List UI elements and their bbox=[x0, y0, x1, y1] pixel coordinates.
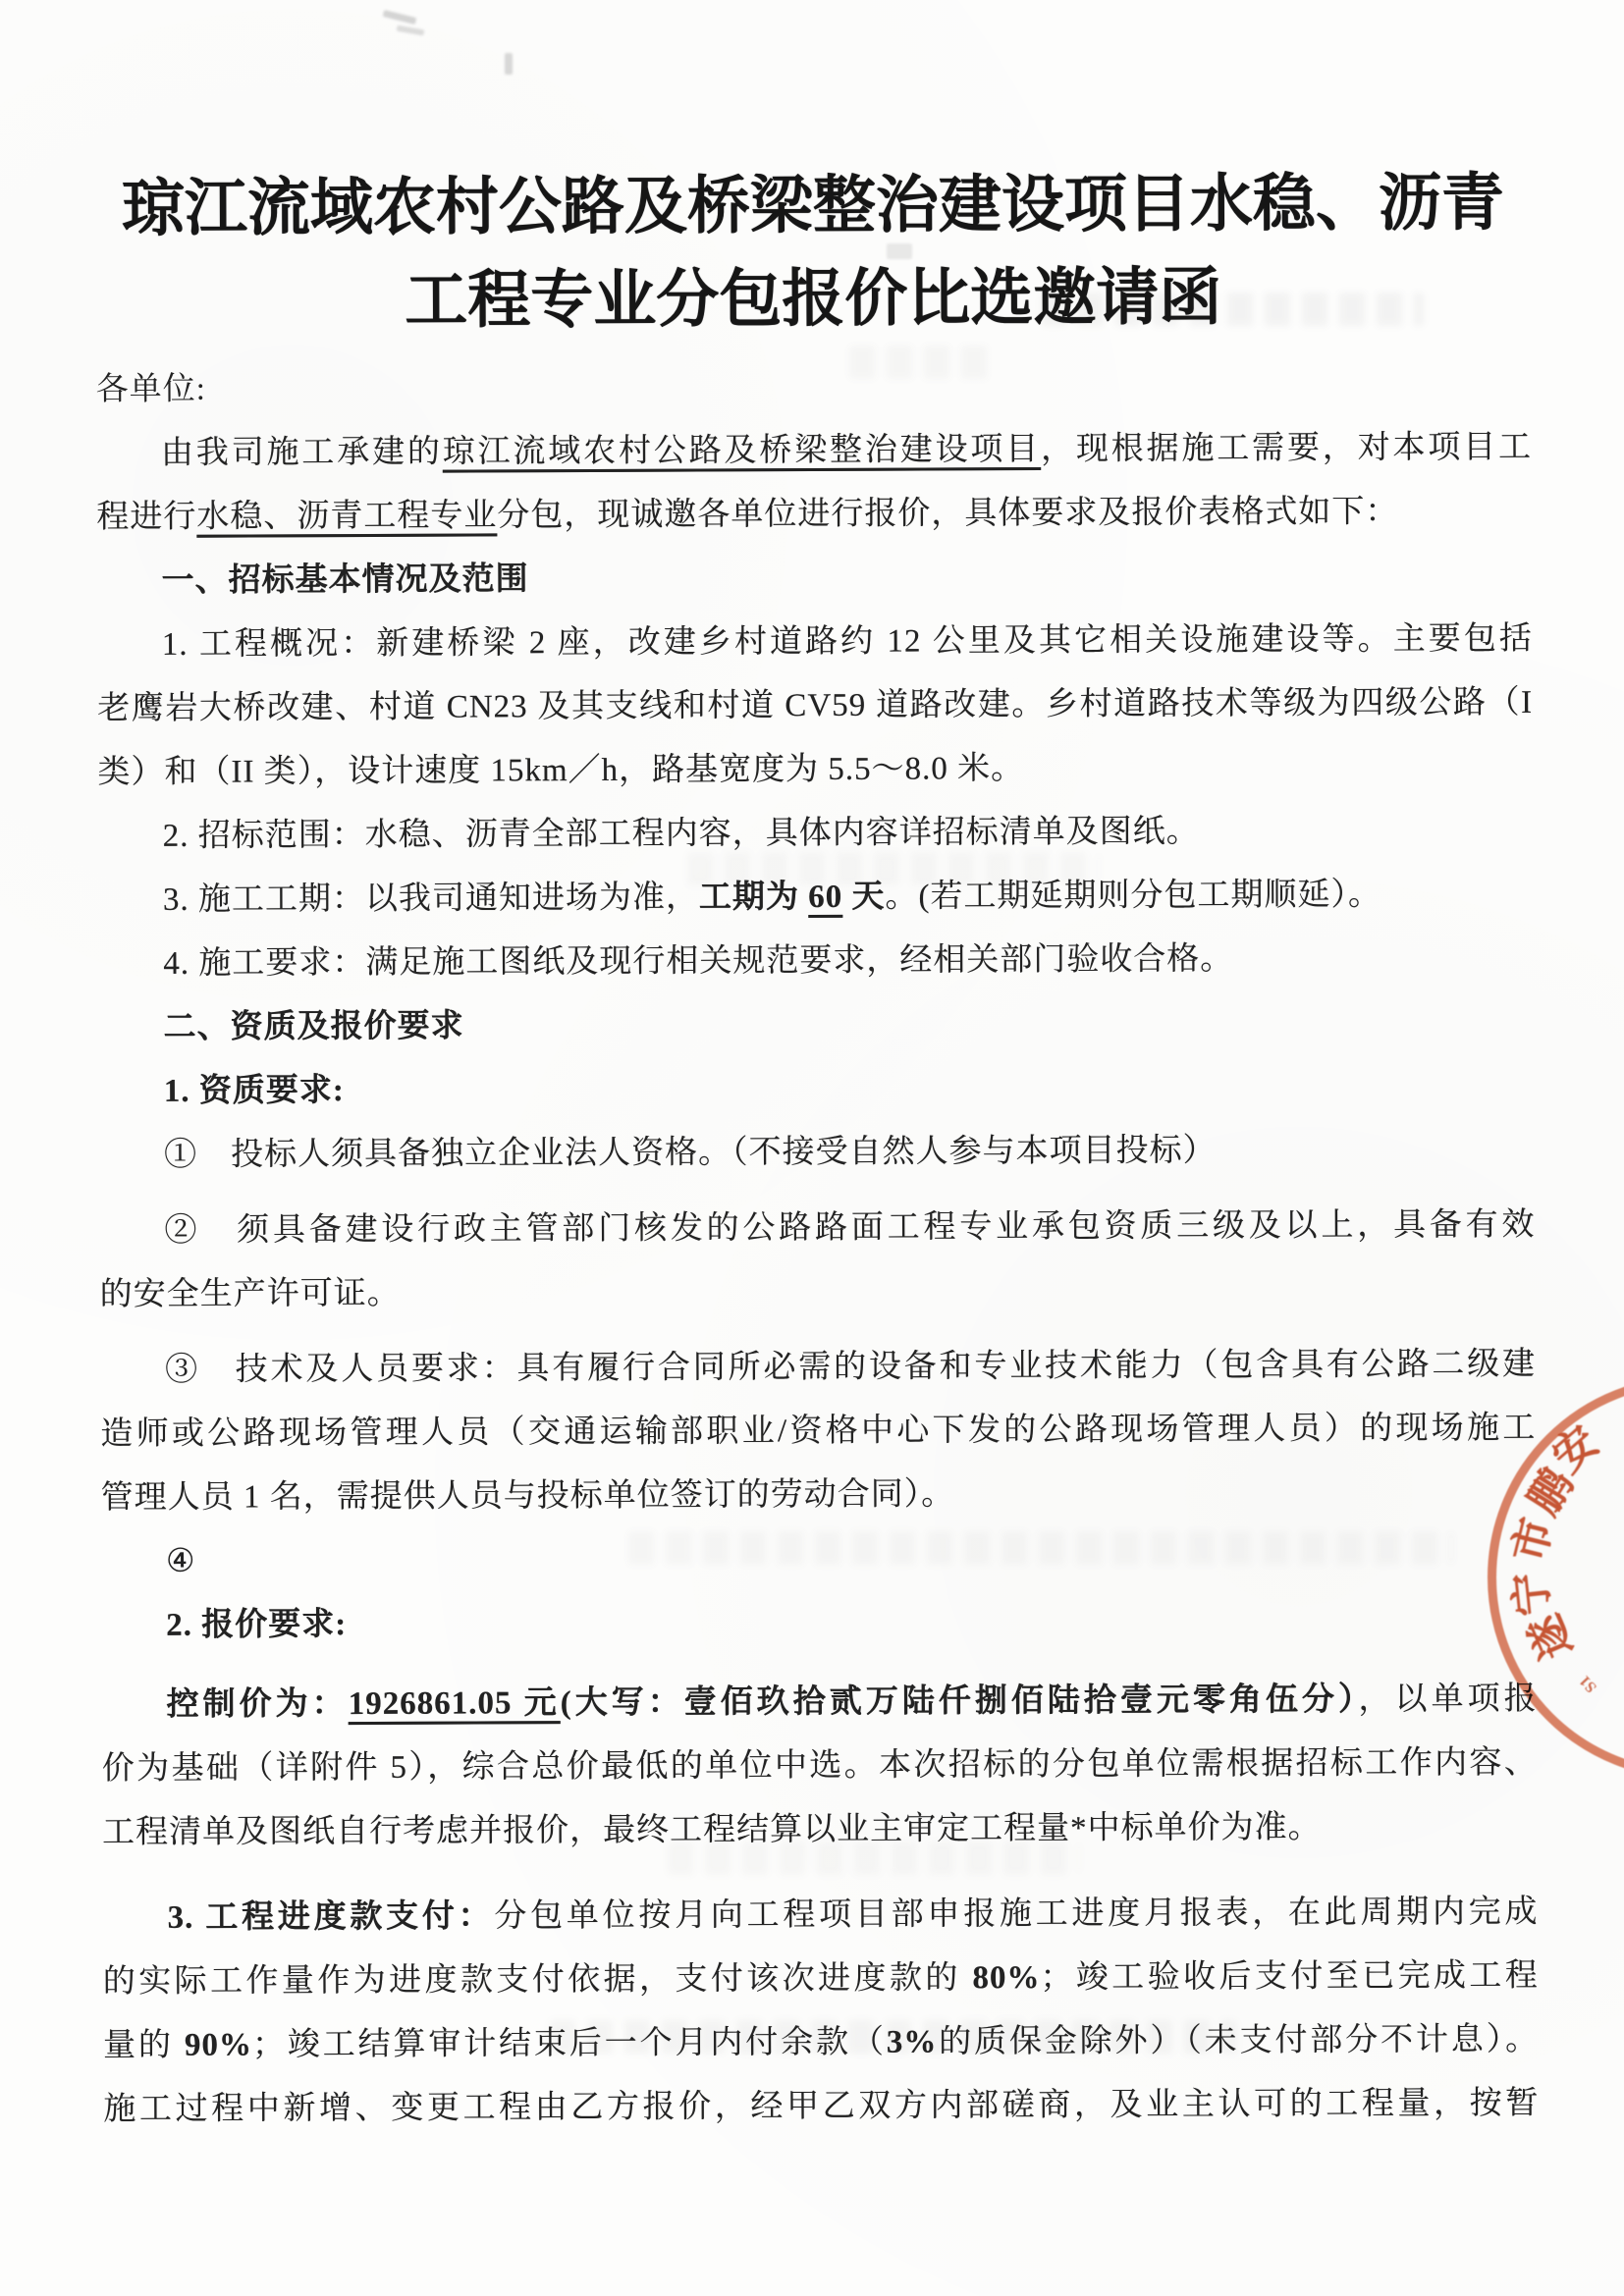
text-run: 1. 工程概况：新建桥梁 2 座，改建乡村道路约 12 公里及其它相关设施建设等… bbox=[162, 621, 1533, 663]
text-run: 的质保金除外）（未支付部分不计息）。 bbox=[937, 2022, 1539, 2060]
text-line: 2. 招标范围：水稳、沥青全部工程内容，具体内容详招标清单及图纸。 bbox=[98, 799, 1534, 869]
text-line: 二、资质及报价要求 bbox=[98, 990, 1534, 1060]
paragraph-qualification-item-4: ④ bbox=[101, 1524, 1537, 1594]
text-run: (大写：壹佰玖拾贰万陆仟捌佰陆拾壹元零角伍分） bbox=[561, 1682, 1359, 1722]
text-run: 1. 资质要求: bbox=[164, 1073, 345, 1109]
text-run: 水稳、沥青工程专业 bbox=[196, 498, 497, 534]
text-run: 4. 施工要求：满足施工图纸及现行相关规范要求，经相关部门验收合格。 bbox=[163, 941, 1233, 982]
text-run: 分包单位按月向工程项目部申报施工进度月报表，在此周期内完成 bbox=[494, 1895, 1538, 1935]
paragraph-item-bid-scope: 2. 招标范围：水稳、沥青全部工程内容，具体内容详招标清单及图纸。 bbox=[98, 799, 1534, 869]
text-run: 由我司施工承建的 bbox=[161, 435, 443, 471]
paragraph-item-construction-requirements: 4. 施工要求：满足施工图纸及现行相关规范要求，经相关部门验收合格。 bbox=[98, 927, 1534, 996]
text-line: 程进行水稳、沥青工程专业分包，现诚邀各单位进行报价，具体要求及报价表格式如下： bbox=[96, 480, 1532, 550]
text-run: 的实际工作量作为进度款支付依据，支付该次进度款的 bbox=[103, 1960, 973, 2000]
title-line-2: 工程专业分包报价比选邀请函 bbox=[405, 262, 1221, 336]
seal-character: 宁 bbox=[1507, 1569, 1559, 1621]
text-run: ① 投标人须具备独立企业法人资格。（不接受自然人参与本项目投标） bbox=[164, 1133, 1217, 1173]
text-line: 3. 施工工期：以我司通知进场为准，工期为 60 天。(若工期延期则分包工期顺延… bbox=[98, 863, 1534, 933]
text-run: 2. 招标范围：水稳、沥青全部工程内容，具体内容详招标清单及图纸。 bbox=[163, 814, 1200, 854]
text-run: 2. 报价要求: bbox=[166, 1607, 347, 1643]
text-run: 类）和（II 类），设计速度 15km／h，路基宽度为 5.5～8.0 米。 bbox=[97, 751, 1024, 790]
paragraph-intro: 由我司施工承建的琼江流域农村公路及桥梁整治建设项目，现根据施工需要，对本项目工程… bbox=[96, 416, 1533, 550]
text-line: ④ bbox=[101, 1524, 1537, 1594]
text-run: 分包，现诚邀各单位进行报价，具体要求及报价表格式如下： bbox=[497, 494, 1398, 533]
text-run: 老鹰岩大桥改建、村道 CN23 及其支线和村道 CV59 道路改建。乡村道路技术… bbox=[97, 685, 1533, 726]
text-run: 程进行 bbox=[96, 500, 196, 535]
text-run: 施工过程中新增、变更工程由乙方报价，经甲乙双方内部磋商，及业主认可的工程量，按暂 bbox=[103, 2086, 1539, 2127]
paragraph-qualification-item-2: ② 须具备建设行政主管部门核发的公路路面工程专业承包资质三级及以上，具备有效的安… bbox=[99, 1194, 1536, 1327]
text-line: 1. 工程概况：新建桥梁 2 座，改建乡村道路约 12 公里及其它相关设施建设等… bbox=[97, 608, 1533, 677]
text-line: 造师或公路现场管理人员（交通运输部职业/资格中心下发的公路现场管理人员）的现场施… bbox=[100, 1397, 1536, 1467]
text-line: 价为基础（详附件 5），综合总价最低的单位中选。本次招标的分包单位需根据招标工作… bbox=[102, 1732, 1538, 1801]
text-line: 3. 工程进度款支付：分包单位按月向工程项目部申报施工进度月报表，在此周期内完成 bbox=[102, 1881, 1538, 1950]
text-run: 3. 施工工期：以我司通知进场为准， bbox=[163, 881, 699, 918]
text-run: 天 bbox=[842, 880, 885, 915]
text-run: 80% bbox=[972, 1960, 1040, 1996]
text-line: ③ 技术及人员要求：具有履行合同所必需的设备和专业技术能力（包含具有公路二级建 bbox=[100, 1333, 1536, 1403]
text-run: 工期为 bbox=[699, 880, 808, 915]
text-run: 。(若工期延期则分包工期顺延）。 bbox=[885, 877, 1381, 914]
text-run: 价为基础（详附件 5），综合总价最低的单位中选。本次招标的分包单位需根据招标工作… bbox=[102, 1745, 1538, 1787]
document-content: 琼江流域农村公路及桥梁整治建设项目水稳、沥青 工程专业分包报价比选邀请函 各单位… bbox=[94, 0, 1539, 2142]
text-line: 的安全生产许可证。 bbox=[100, 1257, 1536, 1327]
paragraph-heading-section-1: 一、招标基本情况及范围 bbox=[96, 544, 1532, 614]
text-line: 管理人员 1 名，需提供人员与投标单位签订的劳动合同）。 bbox=[101, 1461, 1537, 1530]
text-line: 类）和（II 类），设计速度 15km／h，路基宽度为 5.5～8.0 米。 bbox=[97, 735, 1533, 805]
paragraph-qualification-item-3: ③ 技术及人员要求：具有履行合同所必需的设备和专业技术能力（包含具有公路二级建造… bbox=[100, 1333, 1537, 1530]
text-run: ，现根据施工需要，对本项目工 bbox=[1041, 430, 1532, 467]
paragraph-item-project-overview: 1. 工程概况：新建桥梁 2 座，改建乡村道路约 12 公里及其它相关设施建设等… bbox=[97, 608, 1534, 805]
text-line: 2. 报价要求: bbox=[101, 1588, 1537, 1658]
text-run: ② 须具备建设行政主管部门核发的公路路面工程专业承包资质三级及以上，具备有效 bbox=[164, 1207, 1535, 1249]
text-run: 90% bbox=[185, 2028, 252, 2063]
text-line: 工程清单及图纸自行考虑并报价，最终工程结算以业主审定工程量*中标单价为准。 bbox=[102, 1795, 1538, 1865]
text-run: ④ bbox=[166, 1544, 196, 1579]
text-run: 60 bbox=[808, 880, 842, 915]
text-run: ；竣工结算审计结束后一个月内付余款（ bbox=[252, 2025, 887, 2063]
text-line: 一、招标基本情况及范围 bbox=[96, 544, 1532, 614]
text-line: 控制价为：1926861.05 元(大写：壹佰玖拾贰万陆仟捌佰陆拾壹元零角伍分）… bbox=[101, 1668, 1537, 1737]
text-line: 老鹰岩大桥改建、村道 CN23 及其支线和村道 CV59 道路改建。乡村道路技术… bbox=[97, 671, 1533, 741]
text-line: 1. 资质要求: bbox=[99, 1054, 1535, 1124]
text-run: 控制价为： bbox=[166, 1686, 348, 1723]
paragraph-heading-section-2: 二、资质及报价要求 bbox=[98, 990, 1534, 1060]
text-run: 1926861.05 元 bbox=[349, 1685, 561, 1722]
text-run: ；竣工验收后支付至已完成工程 bbox=[1040, 1958, 1539, 1996]
text-run: 造师或公路现场管理人员（交通运输部职业/资格中心下发的公路现场管理人员）的现场施… bbox=[100, 1411, 1536, 1452]
text-line: 施工过程中新增、变更工程由乙方报价，经甲乙双方内部磋商，及业主认可的工程量，按暂 bbox=[103, 2072, 1539, 2142]
company-seal-stamp: 遂宁市鹏安 S1 bbox=[1488, 1376, 1624, 1779]
text-run: 管理人员 1 名，需提供人员与投标单位签订的劳动合同）。 bbox=[101, 1476, 955, 1516]
paragraph-control-price: 控制价为：1926861.05 元(大写：壹佰玖拾贰万陆仟捌佰陆拾壹元零角伍分）… bbox=[101, 1668, 1538, 1865]
text-line: 由我司施工承建的琼江流域农村公路及桥梁整治建设项目，现根据施工需要，对本项目工 bbox=[96, 416, 1532, 486]
text-run: 工程清单及图纸自行考虑并报价，最终工程结算以业主审定工程量*中标单价为准。 bbox=[102, 1810, 1322, 1850]
text-run: 的安全生产许可证。 bbox=[100, 1276, 401, 1312]
text-run: 一、招标基本情况及范围 bbox=[161, 561, 528, 599]
text-run: 3. 工程进度款支付： bbox=[167, 1898, 494, 1935]
text-line: 的实际工作量作为进度款支付依据，支付该次进度款的 80%；竣工验收后支付至已完成… bbox=[103, 1945, 1539, 2014]
paragraph-progress-payment: 3. 工程进度款支付：分包单位按月向工程项目部申报施工进度月报表，在此周期内完成… bbox=[102, 1881, 1539, 2142]
scanned-document-page: 琼江流域农村公路及桥梁整治建设项目水稳、沥青 工程专业分包报价比选邀请函 各单位… bbox=[0, 0, 1624, 2296]
document-body: 由我司施工承建的琼江流域农村公路及桥梁整治建设项目，现根据施工需要，对本项目工程… bbox=[96, 416, 1540, 2142]
text-run: 3% bbox=[887, 2024, 938, 2059]
text-line: 4. 施工要求：满足施工图纸及现行相关规范要求，经相关部门验收合格。 bbox=[98, 927, 1534, 996]
title-line-1: 琼江流域农村公路及桥梁整治建设项目水稳、沥青 bbox=[122, 168, 1504, 243]
text-line: 量的 90%；竣工结算审计结束后一个月内付余款（3%的质保金除外）（未支付部分不… bbox=[103, 2008, 1539, 2078]
salutation: 各单位: bbox=[96, 352, 1532, 422]
text-run: 量的 bbox=[103, 2028, 185, 2063]
paragraph-item-construction-period: 3. 施工工期：以我司通知进场为准，工期为 60 天。(若工期延期则分包工期顺延… bbox=[98, 863, 1534, 933]
text-line: ② 须具备建设行政主管部门核发的公路路面工程专业承包资质三级及以上，具备有效 bbox=[99, 1194, 1535, 1263]
text-run: 二、资质及报价要求 bbox=[163, 1009, 463, 1045]
document-title: 琼江流域农村公路及桥梁整治建设项目水稳、沥青 工程专业分包报价比选邀请函 bbox=[95, 156, 1532, 348]
text-run: ③ 技术及人员要求：具有履行合同所必需的设备和专业技术能力（包含具有公路二级建 bbox=[165, 1347, 1536, 1388]
text-line: ① 投标人须具备独立企业法人资格。（不接受自然人参与本项目投标） bbox=[99, 1118, 1535, 1188]
paragraph-subheading-quotation: 2. 报价要求: bbox=[101, 1588, 1537, 1658]
paragraph-qualification-item-1: ① 投标人须具备独立企业法人资格。（不接受自然人参与本项目投标） bbox=[99, 1118, 1535, 1188]
paragraph-subheading-qualification: 1. 资质要求: bbox=[99, 1054, 1535, 1124]
text-run: 琼江流域农村公路及桥梁整治建设项目 bbox=[443, 432, 1041, 470]
